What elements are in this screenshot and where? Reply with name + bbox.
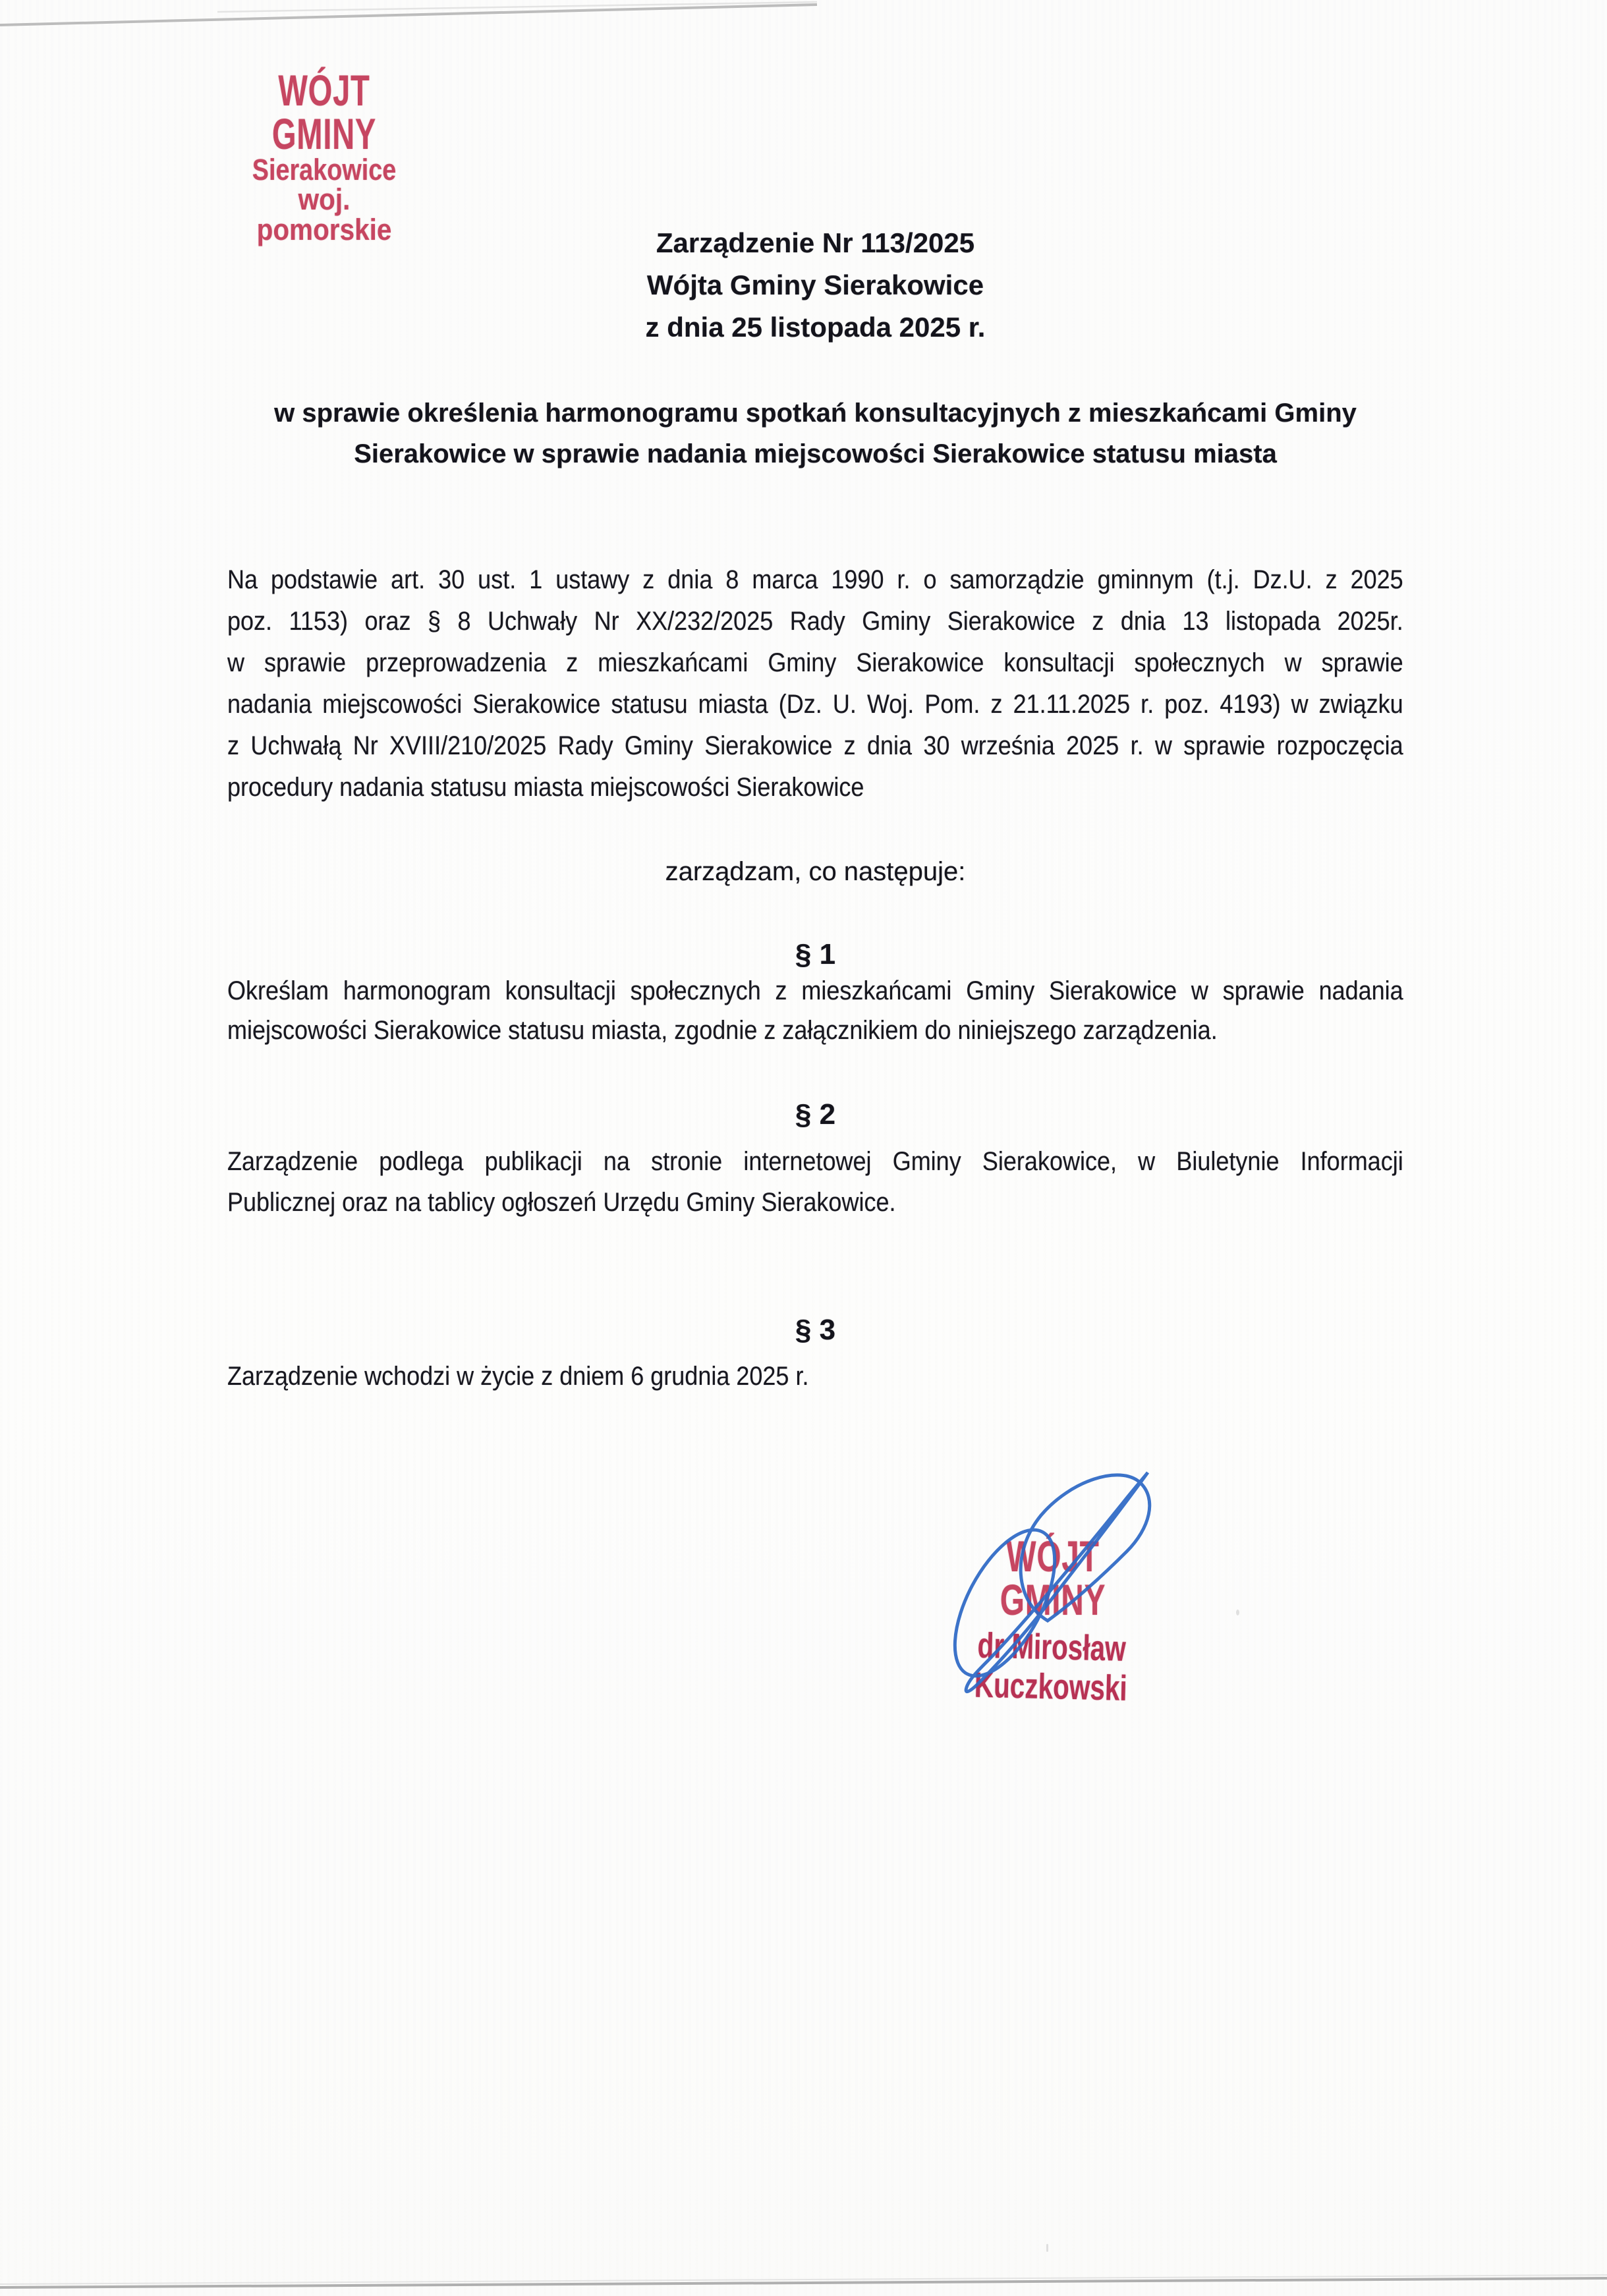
scan-artifact-bottom-line — [0, 2266, 1607, 2296]
scan-artifact-top-line — [0, 0, 1607, 40]
section-1-heading: § 1 — [227, 938, 1403, 971]
section-1-line: miejscowości Sierakowice statusu miasta,… — [227, 1011, 1403, 1050]
section-2-line: Publicznej oraz na tablicy ogłoszeń Urzę… — [227, 1182, 1403, 1223]
legal-basis-paragraph: Na podstawie art. 30 ust. 1 ustawy z dni… — [227, 559, 1403, 808]
header-stamp-municipality: Sierakowice — [241, 155, 407, 184]
section-3-line: Zarządzenie wchodzi w życie z dniem 6 gr… — [227, 1356, 1403, 1397]
legal-basis-line: z Uchwałą Nr XVIII/210/2025 Rady Gminy S… — [227, 725, 1403, 767]
scan-speck — [1236, 1610, 1239, 1615]
section-3-paragraph: Zarządzenie wchodzi w życie z dniem 6 gr… — [227, 1356, 1403, 1397]
title-issuer: Wójta Gminy Sierakowice — [227, 264, 1403, 306]
legal-basis-line: Na podstawie art. 30 ust. 1 ustawy z dni… — [227, 559, 1403, 601]
legal-basis-line: w sprawie przeprowadzenia z mieszkańcami… — [227, 642, 1403, 684]
section-2-paragraph: Zarządzenie podlega publikacji na stroni… — [227, 1141, 1403, 1223]
subject-line: Sierakowice w sprawie nadania miejscowoś… — [227, 434, 1403, 474]
subject-line: w sprawie określenia harmonogramu spotka… — [227, 393, 1403, 434]
legal-basis-line: procedury nadania statusu miasta miejsco… — [227, 767, 1403, 808]
section-2-heading: § 2 — [227, 1098, 1403, 1131]
legal-basis-line: nadania miejscowości Sierakowice statusu… — [227, 684, 1403, 725]
handwritten-signature-icon — [913, 1453, 1189, 1729]
title-number: Zarządzenie Nr 113/2025 — [227, 222, 1403, 264]
document-title: Zarządzenie Nr 113/2025 Wójta Gminy Sier… — [227, 222, 1403, 349]
section-2-line: Zarządzenie podlega publikacji na stroni… — [227, 1141, 1403, 1182]
title-date: z dnia 25 listopada 2025 r. — [227, 306, 1403, 349]
scan-speck — [1046, 2244, 1048, 2252]
ordering-clause: zarządzam, co następuje: — [227, 857, 1403, 887]
legal-basis-line: poz. 1153) oraz § 8 Uchwały Nr XX/232/20… — [227, 601, 1403, 642]
document-page: WÓJT GMINY Sierakowice woj. pomorskie Za… — [0, 0, 1607, 2296]
header-stamp-office: WÓJT GMINY — [254, 69, 395, 155]
section-1-paragraph: Określam harmonogram konsultacji społecz… — [227, 971, 1403, 1050]
header-stamp: WÓJT GMINY Sierakowice woj. pomorskie — [225, 69, 423, 245]
section-3-heading: § 3 — [227, 1314, 1403, 1347]
document-subject: w sprawie określenia harmonogramu spotka… — [227, 393, 1403, 474]
section-1-line: Określam harmonogram konsultacji społecz… — [227, 971, 1403, 1011]
